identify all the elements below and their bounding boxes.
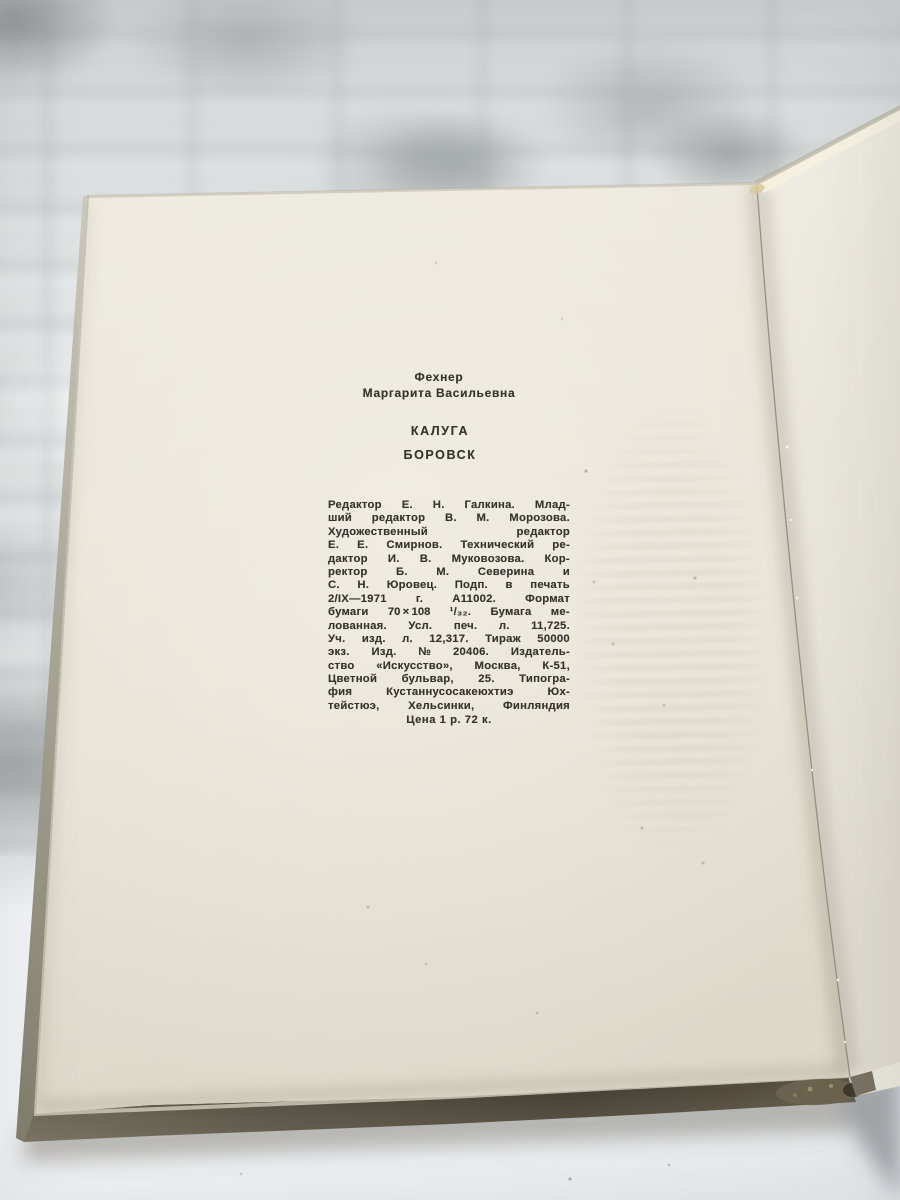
author-block: Фехнер Маргарита Васильевна — [318, 369, 560, 401]
colophon-line: фияКустаннусосакеюхтиэЮх- — [328, 686, 570, 699]
colophon-line: Цветнойбульвар,25.Типогра- — [328, 673, 570, 686]
colophon-line: экз.Изд.№20406.Издатель- — [328, 646, 570, 659]
colophon-line: дакторИ.В.Муковозова.Кор- — [328, 553, 570, 566]
dust-specks — [0, 0, 2, 2]
colophon-line: Художественныйредактор — [328, 526, 570, 539]
book-title-kaluga: КАЛУГА — [319, 423, 561, 439]
book-title-borovsk: БОРОВСК — [319, 447, 561, 463]
colophon-line: бумаги70 × 108¹/₃₂.Бумагаме- — [328, 606, 570, 619]
colophon-line: Е.Е.Смирнов.Техническийре- — [328, 539, 570, 552]
colophon-line: РедакторЕ.Н.Галкина.Млад- — [328, 499, 570, 512]
page-showthrough — [568, 394, 776, 869]
price-line: Цена 1 р. 72 к. — [328, 714, 570, 727]
colophon-line: Уч.изд.л.12,317.Тираж50000 — [328, 633, 570, 646]
colophon-line: 2/IX—1971г.А11002.Формат — [328, 593, 570, 606]
colophon-line: ство«Искусство»,Москва,К-51, — [328, 660, 570, 673]
author-name: Маргарита Васильевна — [318, 385, 560, 401]
photo-scene: Фехнер Маргарита Васильевна КАЛУГА БОРОВ… — [0, 0, 900, 1200]
colophon-line: шийредакторВ.М.Морозова. — [328, 512, 570, 525]
author-surname: Фехнер — [318, 369, 560, 385]
colophon-line: С.Н.Юровец.Подп.впечать — [328, 579, 570, 592]
colophon-text: РедакторЕ.Н.Галкина.Млад-шийредакторВ.М.… — [328, 499, 570, 713]
colophon-line: тейстюэ,Хельсинки,Финляндия — [328, 700, 570, 713]
page-text: Фехнер Маргарита Васильевна КАЛУГА БОРОВ… — [328, 369, 570, 728]
colophon-line: ректорБ.М.Северинаи — [328, 566, 570, 579]
colophon-line: лованная.Усл.печ.л.11,725. — [328, 620, 570, 633]
